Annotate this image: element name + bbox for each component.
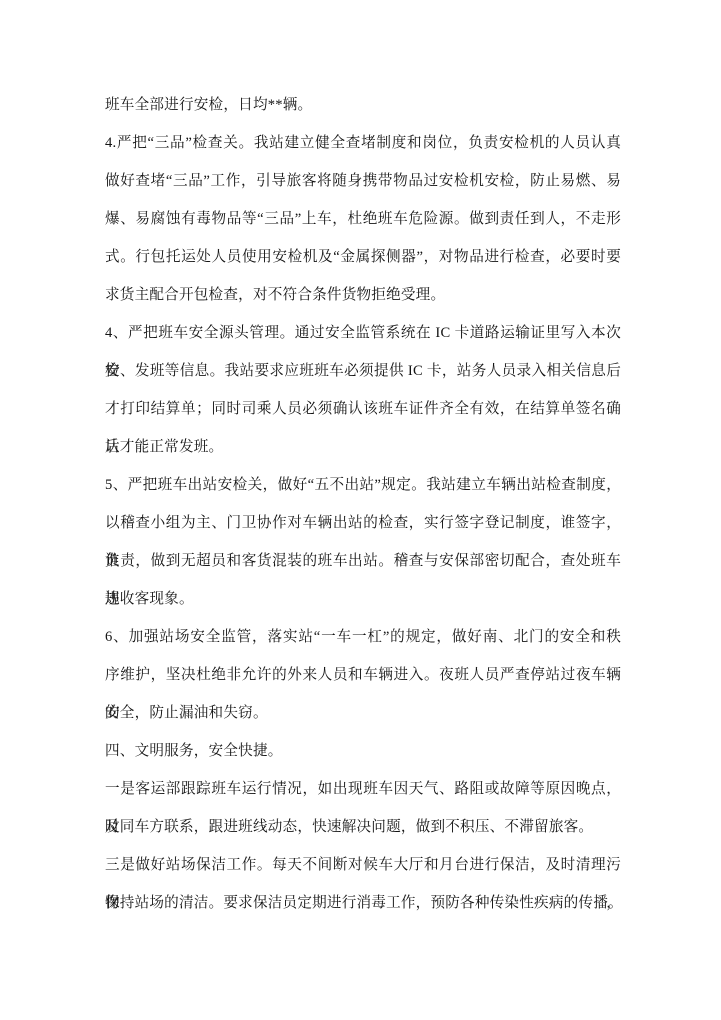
text-line: 后才能正常发班。 [105, 428, 621, 466]
text-line: 爆、易腐蚀有毒物品等“三品”上车，杜绝班车危险源。做到责任到人，不走形 [105, 200, 621, 238]
document-page: 班车全部进行安检，日均**辆。4.严把“三品”检查关。我站建立健全查堵制度和岗位… [0, 0, 721, 1020]
text-line: 班车全部进行安检，日均**辆。 [105, 86, 621, 124]
paragraph: 四、文明服务，安全快捷。 [105, 732, 621, 770]
text-line: 检、发班等信息。我站要求应班班车必须提供 IC 卡，站务人员录入相关信息后 [105, 352, 621, 390]
text-line: 保持站场的清洁。要求保洁员定期进行消毒工作，预防各种传染性疾病的传播。 [105, 884, 621, 922]
text-line: 一是客运部跟踪班车运行情况，如出现班车因天气、路阻或故障等原因晚点，及 [105, 770, 621, 808]
document-body: 班车全部进行安检，日均**辆。4.严把“三品”检查关。我站建立健全查堵制度和岗位… [105, 86, 621, 922]
text-line: 三是做好站场保洁工作。每天不间断对候车大厅和月台进行保洁，及时清理污物， [105, 846, 621, 884]
paragraph: 一是客运部跟踪班车运行情况，如出现班车因天气、路阻或故障等原因晚点，及时同车方联… [105, 770, 621, 846]
paragraph: 4、严把班车安全源头管理。通过安全监管系统在 IC 卡道路运输证里写入本次安检、… [105, 314, 621, 466]
text-line: 式。行包托运处人员使用安检机及“金属探侧器”，对物品进行检查，必要时要 [105, 238, 621, 276]
text-line: 时同车方联系，跟进班线动态，快速解决问题，做到不积压、不滞留旅客。 [105, 808, 621, 846]
text-line: 求货主配合开包检查，对不符合条件货物拒绝受理。 [105, 276, 621, 314]
paragraph: 4.严把“三品”检查关。我站建立健全查堵制度和岗位，负责安检机的人员认真做好查堵… [105, 124, 621, 314]
text-line: 安全，防止漏油和失窃。 [105, 694, 621, 732]
text-line: 6、加强站场安全监管，落实站“一车一杠”的规定，做好南、北门的安全和秩 [105, 618, 621, 656]
text-line: 规收客现象。 [105, 580, 621, 618]
text-line: 4.严把“三品”检查关。我站建立健全查堵制度和岗位，负责安检机的人员认真 [105, 124, 621, 162]
text-line: 负责，做到无超员和客货混装的班车出站。稽查与安保部密切配合，查处班车违 [105, 542, 621, 580]
text-line: 5、严把班车出站安检关，做好“五不出站”规定。我站建立车辆出站检查制度， [105, 466, 621, 504]
text-line: 才打印结算单；同时司乘人员必须确认该班车证件齐全有效，在结算单签名确认 [105, 390, 621, 428]
text-line: 4、严把班车安全源头管理。通过安全监管系统在 IC 卡道路运输证里写入本次安 [105, 314, 621, 352]
paragraph: 班车全部进行安检，日均**辆。 [105, 86, 621, 124]
paragraph: 5、严把班车出站安检关，做好“五不出站”规定。我站建立车辆出站检查制度，以稽查小… [105, 466, 621, 618]
text-line: 做好查堵“三品”工作，引导旅客将随身携带物品过安检机安检，防止易燃、易 [105, 162, 621, 200]
paragraph: 6、加强站场安全监管，落实站“一车一杠”的规定，做好南、北门的安全和秩序维护，坚… [105, 618, 621, 732]
text-line: 序维护，坚决杜绝非允许的外来人员和车辆进入。夜班人员严查停站过夜车辆的 [105, 656, 621, 694]
text-line: 四、文明服务，安全快捷。 [105, 732, 621, 770]
paragraph: 三是做好站场保洁工作。每天不间断对候车大厅和月台进行保洁，及时清理污物，保持站场… [105, 846, 621, 922]
text-line: 以稽查小组为主、门卫协作对车辆出站的检查，实行签字登记制度，谁签字，谁 [105, 504, 621, 542]
